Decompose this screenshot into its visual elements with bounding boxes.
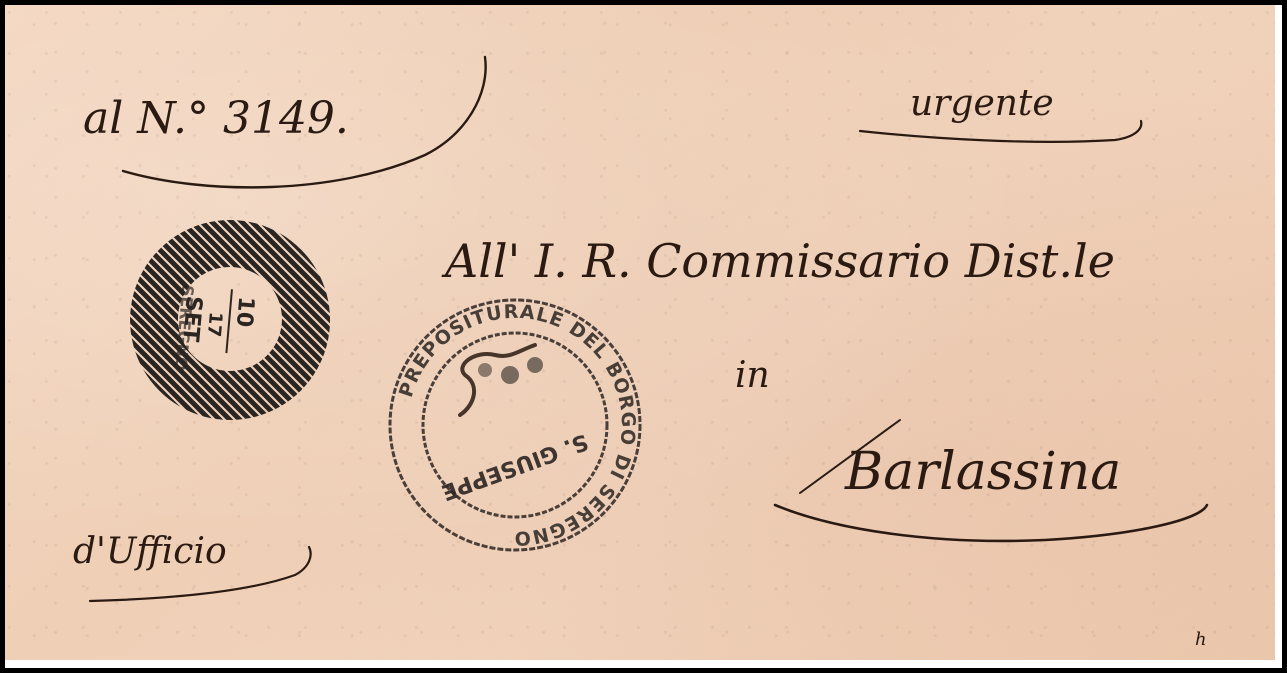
lily-branch-icon [460, 345, 543, 415]
parish-seal-postmark: PREPOSITURALE DEL BORGO DI SEREGNO S. GI… [5, 5, 1275, 660]
scan-mount: al N.° 3149. urgente All' I. R. Commissa… [5, 5, 1282, 668]
letter-sheet: al N.° 3149. urgente All' I. R. Commissa… [5, 5, 1275, 660]
seal-center: S. GIUSEPPE [438, 428, 591, 504]
seal-center-text: S. GIUSEPPE [438, 428, 591, 504]
seal-ring-text: PREPOSITURALE DEL BORGO DI SEREGNO [395, 301, 639, 549]
